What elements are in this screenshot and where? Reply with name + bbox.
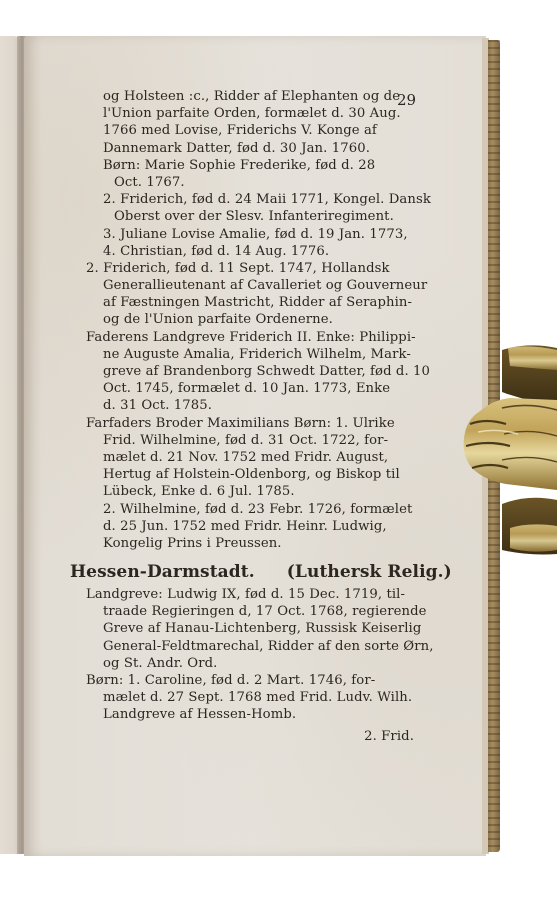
text-line: Hertug af Holstein-Oldenborg, og Biskop … [70, 466, 420, 483]
text-line: Dannemark Datter, fød d. 30 Jan. 1760. [70, 140, 420, 157]
text-line: Landgreve af Hessen-Homb. [70, 706, 420, 723]
text-line: 3. Juliane Lovise Amalie, fød d. 19 Jan.… [70, 226, 420, 243]
text-line: ne Auguste Amalia, Friderich Wilhelm, Ma… [70, 346, 420, 363]
section-heading: Hessen-Darmstadt. (Luthersk Relig.) [70, 560, 420, 584]
text-line: General-Feldtmarechal, Ridder af den sor… [70, 638, 420, 655]
text-line: traade Regieringen d, 17 Oct. 1768, regi… [70, 603, 420, 620]
text-line: mælet d. 21 Nov. 1752 med Fridr. August, [70, 449, 420, 466]
text-line: 1766 med Lovise, Friderichs V. Konge af [70, 122, 420, 139]
text-line: mælet d. 27 Sept. 1768 med Frid. Ludv. W… [70, 689, 420, 706]
text-line: Oct. 1745, formælet d. 10 Jan. 1773, Enk… [70, 380, 420, 397]
text-line: Frid. Wilhelmine, fød d. 31 Oct. 1722, f… [70, 432, 420, 449]
text-line: og de l'Union parfaite Ordenerne. [70, 311, 420, 328]
text-line: Børn: Marie Sophie Frederike, fød d. 28 [70, 157, 420, 174]
text-line: greve af Brandenborg Schwedt Datter, fød… [70, 363, 420, 380]
page-text: og Holsteen :c., Ridder af Elephanten og… [70, 88, 420, 745]
section-religion: (Luthersk Relig.) [287, 562, 452, 582]
text-block-hessen-darmstadt: Landgreve: Ludwig IX, fød d. 15 Dec. 171… [70, 586, 420, 724]
section-title: Hessen-Darmstadt. [70, 562, 255, 582]
text-line: 2. Friderich, fød d. 24 Maii 1771, Konge… [70, 191, 420, 208]
text-line: Generallieutenant af Cavalleriet og Gouv… [70, 277, 420, 294]
text-line: 2. Wilhelmine, fød d. 23 Febr. 1726, for… [70, 501, 420, 518]
text-line: Oct. 1767. [70, 174, 420, 191]
text-line: Børn: 1. Caroline, fød d. 2 Mart. 1746, … [70, 672, 420, 689]
text-line: d. 31 Oct. 1785. [70, 397, 420, 414]
text-line: 4. Christian, fød d. 14 Aug. 1776. [70, 243, 420, 260]
text-line: Lübeck, Enke d. 6 Jul. 1785. [70, 483, 420, 500]
brass-clasp-icon [458, 344, 557, 556]
text-block-genealogy-continued: og Holsteen :c., Ridder af Elephanten og… [70, 88, 420, 552]
text-line: Oberst over der Slesv. Infanteriregiment… [70, 208, 420, 225]
text-line: Landgreve: Ludwig IX, fød d. 15 Dec. 171… [70, 586, 420, 603]
text-line: og Holsteen :c., Ridder af Elephanten og… [70, 88, 420, 105]
text-line: d. 25 Jun. 1752 med Fridr. Heinr. Ludwig… [70, 518, 420, 535]
catchword: 2. Frid. [70, 728, 420, 745]
text-line: af Fæstningen Mastricht, Ridder af Serap… [70, 294, 420, 311]
text-line: Faderens Landgreve Friderich II. Enke: P… [70, 329, 420, 346]
text-line: Greve af Hanau-Lichtenberg, Russisk Keis… [70, 620, 420, 637]
text-line: og St. Andr. Ord. [70, 655, 420, 672]
text-line: Farfaders Broder Maximilians Børn: 1. Ul… [70, 415, 420, 432]
text-line: 2. Friderich, fød d. 11 Sept. 1747, Holl… [70, 260, 420, 277]
text-line: Kongelig Prins i Preussen. [70, 535, 420, 552]
text-line: l'Union parfaite Orden, formælet d. 30 A… [70, 105, 420, 122]
